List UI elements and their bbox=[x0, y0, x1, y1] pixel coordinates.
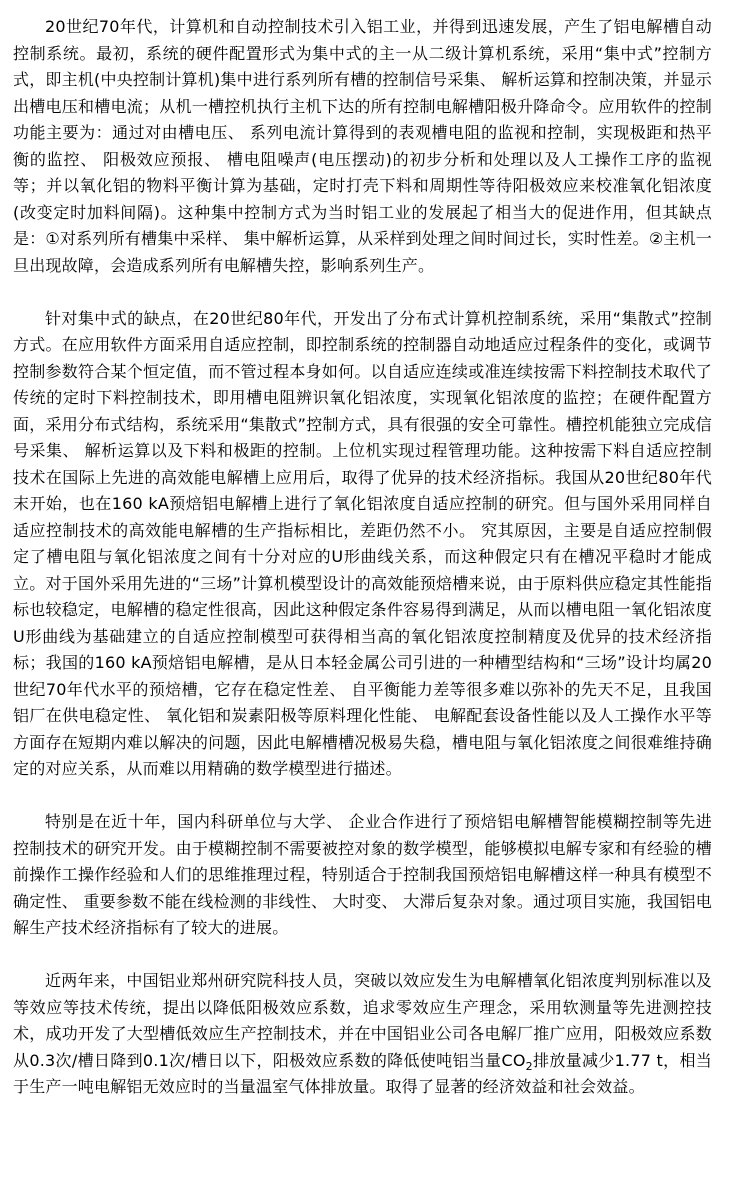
text-run: 特别是在近十年，国内科研单位与大学、 企业合作进行了预焙铝电解槽智能模糊控制等先… bbox=[13, 812, 712, 937]
text-run: 20世纪70年代，计算机和自动控制技术引入铝工业，并得到迅速发展，产生了铝电解槽… bbox=[13, 17, 712, 275]
subscript-text: 2 bbox=[526, 1060, 533, 1073]
paragraph: 特别是在近十年，国内科研单位与大学、 企业合作进行了预焙铝电解槽智能模糊控制等先… bbox=[13, 809, 712, 942]
paragraph: 20世纪70年代，计算机和自动控制技术引入铝工业，并得到迅速发展，产生了铝电解槽… bbox=[13, 14, 712, 279]
text-run: 针对集中式的缺点，在20世纪80年代，开发出了分布式计算机控制系统，采用“集散式… bbox=[13, 309, 712, 779]
document-body: 20世纪70年代，计算机和自动控制技术引入铝工业，并得到迅速发展，产生了铝电解槽… bbox=[13, 14, 712, 1101]
document-page: 20世纪70年代，计算机和自动控制技术引入铝工业，并得到迅速发展，产生了铝电解槽… bbox=[0, 0, 730, 1191]
paragraph: 近两年来，中国铝业郑州研究院科技人员，突破以效应发生为电解槽氧化铝浓度判别标准以… bbox=[13, 968, 712, 1101]
paragraph: 针对集中式的缺点，在20世纪80年代，开发出了分布式计算机控制系统，采用“集散式… bbox=[13, 306, 712, 783]
